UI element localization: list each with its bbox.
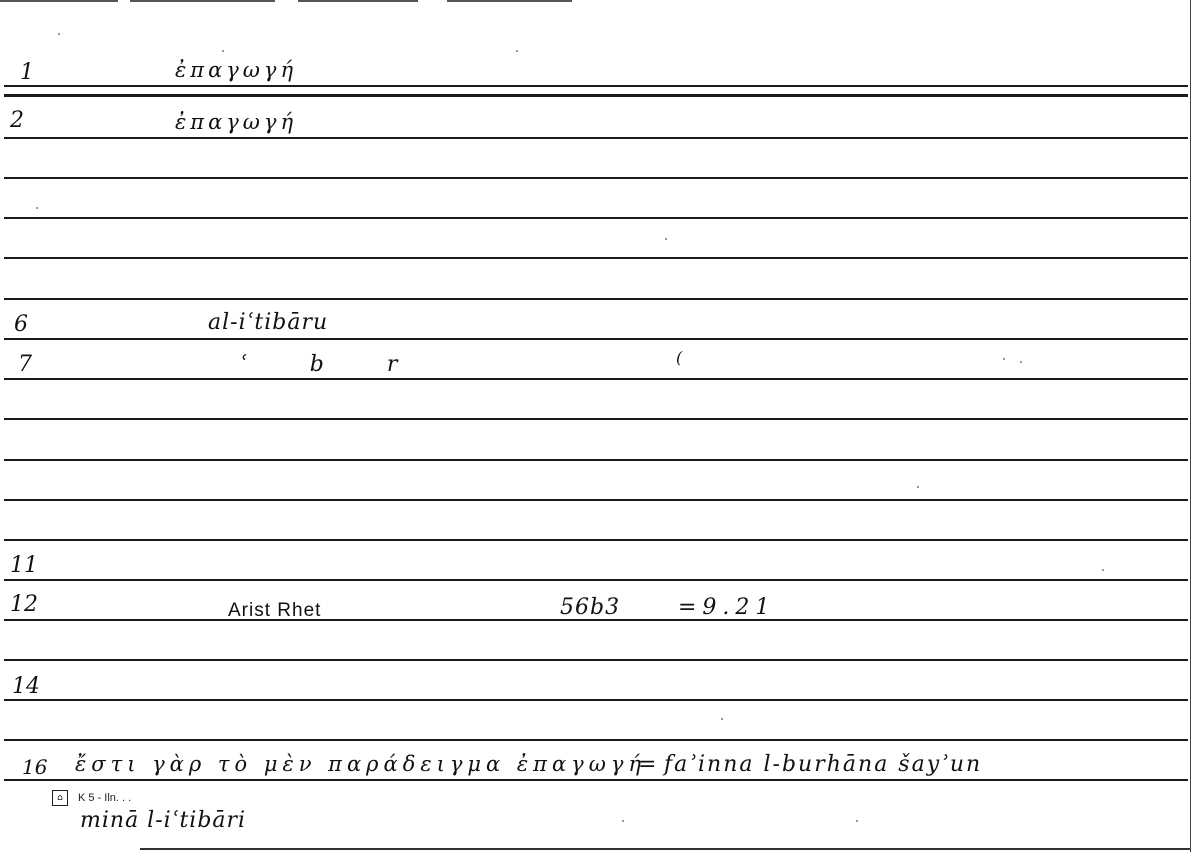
top-edge-segment <box>0 0 118 2</box>
scan-speck <box>58 33 60 35</box>
line-number: 6 <box>14 312 28 337</box>
scan-speck <box>222 50 224 52</box>
line-number: 14 <box>12 674 40 699</box>
ruled-line <box>4 338 1188 340</box>
scan-speck <box>721 718 723 720</box>
scan-speck <box>1003 358 1005 360</box>
scan-speck <box>917 486 919 488</box>
ruled-line <box>4 85 1188 87</box>
archive-stamp: ⌂ K 5 - Iln. . . <box>52 790 131 806</box>
ruled-line <box>4 579 1188 581</box>
top-edge-segment <box>130 0 275 2</box>
line-number: 12 <box>10 592 38 617</box>
ruled-line <box>4 739 1188 741</box>
line-number: 1 <box>20 60 34 85</box>
ruled-line <box>4 378 1188 380</box>
arabic-translation-continuation: minā l-iʿtibāri <box>80 808 246 833</box>
ruled-line <box>4 257 1188 259</box>
ruled-line <box>4 539 1188 541</box>
scan-speck <box>856 820 858 822</box>
book-stamp-icon: ⌂ <box>52 790 68 806</box>
line-number: 11 <box>10 553 38 578</box>
ruled-line <box>4 137 1188 139</box>
stamp-label: K 5 - Iln. . . <box>78 792 131 804</box>
scan-speck <box>516 50 518 52</box>
line-number: 16 <box>22 755 47 779</box>
ruled-line <box>4 177 1188 179</box>
scan-speck <box>622 820 624 822</box>
ruled-line <box>4 779 1188 781</box>
greek-quotation: ἔστι γὰρ τὸ μὲν παράδειγμα ἐπαγωγή <box>75 752 646 776</box>
ruled-line <box>4 94 1188 97</box>
greek-term: ἐπαγωγή <box>175 110 297 134</box>
scan-speck <box>1102 569 1104 571</box>
ruled-line <box>4 699 1188 701</box>
ruled-line <box>4 459 1188 461</box>
ruled-line <box>4 217 1188 219</box>
bottom-edge-line <box>140 848 1190 850</box>
top-edge-segment <box>447 0 572 2</box>
ruled-line <box>4 298 1188 300</box>
ruled-line <box>4 418 1188 420</box>
line-number: 2 <box>10 108 24 133</box>
source-citation: Arist Rhet <box>228 600 321 622</box>
line-number: 7 <box>18 352 32 377</box>
ruled-line <box>4 659 1188 661</box>
arabic-root: ʿ b r <box>240 352 425 377</box>
index-card: 1 ἐπαγωγή 2 ἐπαγωγή 6 al-iʿtibāru 7 ʿ b … <box>0 0 1200 854</box>
page-reference: 56b3 <box>560 595 620 620</box>
scan-speck <box>36 207 38 209</box>
arabic-transliteration: al-iʿtibāru <box>208 310 328 335</box>
card-right-edge <box>1190 0 1191 852</box>
scan-speck <box>1020 361 1022 363</box>
equals-sign: = <box>638 752 657 777</box>
line-reference: =9.21 <box>678 595 775 620</box>
ruled-line <box>4 499 1188 501</box>
stray-mark: ( <box>676 348 682 367</box>
greek-term: ἐπαγωγή <box>175 58 297 82</box>
arabic-translation: faʾinna l-burhāna šayʾun <box>664 752 982 777</box>
top-edge-segment <box>298 0 418 2</box>
scan-speck <box>665 238 667 240</box>
